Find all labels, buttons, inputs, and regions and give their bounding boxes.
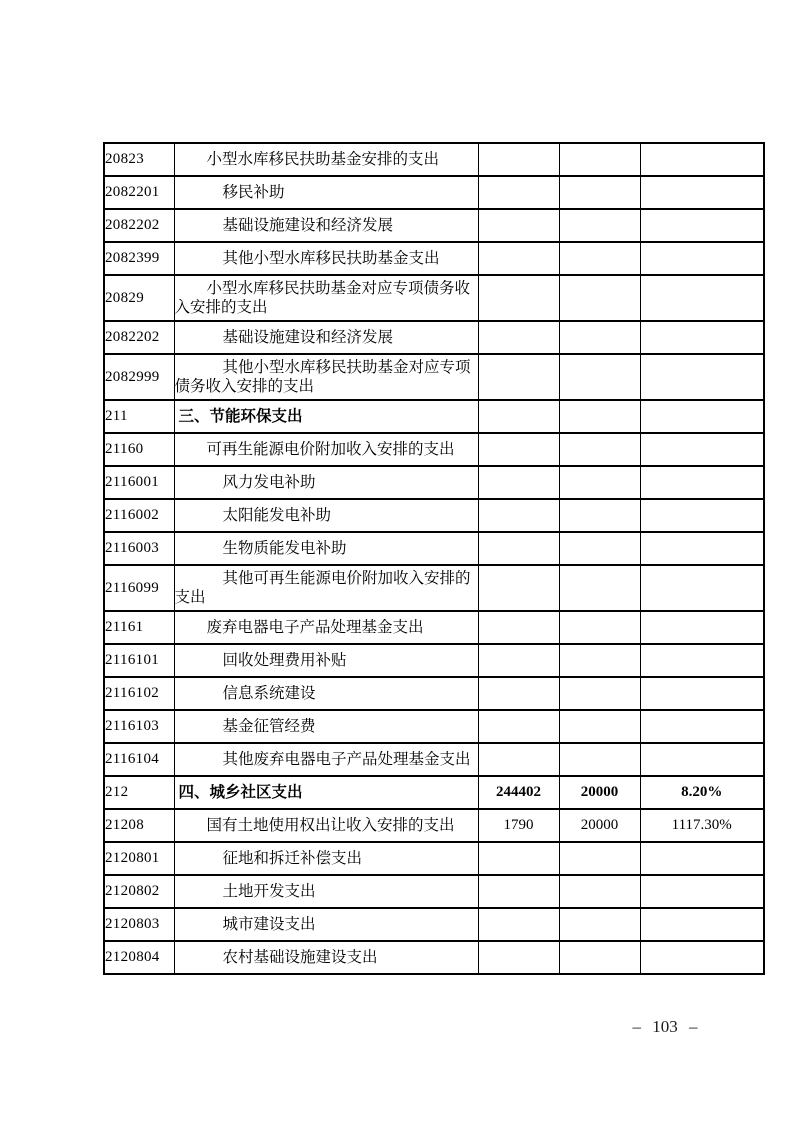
row-value-1 — [478, 466, 559, 499]
row-name: 可再生能源电价附加收入安排的支出 — [174, 433, 478, 466]
row-value-1 — [478, 875, 559, 908]
row-value-2 — [559, 743, 640, 776]
row-value-1 — [478, 532, 559, 565]
row-name: 小型水库移民扶助基金安排的支出 — [174, 143, 478, 176]
row-percent — [640, 677, 764, 710]
row-name: 基金征管经费 — [174, 710, 478, 743]
row-percent — [640, 644, 764, 677]
row-code: 2082999 — [104, 354, 174, 400]
row-value-2 — [559, 908, 640, 941]
row-code: 2116102 — [104, 677, 174, 710]
row-value-1 — [478, 242, 559, 275]
row-value-1 — [478, 143, 559, 176]
table-row: 211 三、节能环保支出 — [104, 400, 764, 433]
budget-table: 20823 小型水库移民扶助基金安排的支出 2082201 移民补助 20822… — [103, 142, 765, 975]
row-name: 其他小型水库移民扶助基金支出 — [174, 242, 478, 275]
row-percent — [640, 743, 764, 776]
row-percent — [640, 611, 764, 644]
row-percent — [640, 532, 764, 565]
row-value-2 — [559, 710, 640, 743]
row-value-1 — [478, 209, 559, 242]
row-value-2 — [559, 941, 640, 974]
row-value-2 — [559, 242, 640, 275]
row-name: 城市建设支出 — [174, 908, 478, 941]
row-percent — [640, 466, 764, 499]
row-percent — [640, 842, 764, 875]
row-code: 20823 — [104, 143, 174, 176]
row-value-2 — [559, 354, 640, 400]
row-value-1 — [478, 354, 559, 400]
row-value-2 — [559, 275, 640, 321]
row-percent: 8.20% — [640, 776, 764, 809]
table-row: 2082202 基础设施建设和经济发展 — [104, 209, 764, 242]
row-value-2: 20000 — [559, 809, 640, 842]
row-value-2 — [559, 611, 640, 644]
row-value-1: 1790 — [478, 809, 559, 842]
row-name: 征地和拆迁补偿支出 — [174, 842, 478, 875]
table-row: 2120802 土地开发支出 — [104, 875, 764, 908]
table-row: 2082999 其他小型水库移民扶助基金对应专项债务收入安排的支出 — [104, 354, 764, 400]
row-value-2: 20000 — [559, 776, 640, 809]
row-name: 回收处理费用补贴 — [174, 644, 478, 677]
table-row: 2116104 其他废弃电器电子产品处理基金支出 — [104, 743, 764, 776]
row-value-2 — [559, 433, 640, 466]
table-row: 2120801 征地和拆迁补偿支出 — [104, 842, 764, 875]
table-row: 2120803 城市建设支出 — [104, 908, 764, 941]
row-value-1 — [478, 644, 559, 677]
row-percent — [640, 400, 764, 433]
row-code: 2082399 — [104, 242, 174, 275]
table-row: 21161 废弃电器电子产品处理基金支出 — [104, 611, 764, 644]
budget-table-body: 20823 小型水库移民扶助基金安排的支出 2082201 移民补助 20822… — [104, 143, 764, 974]
row-code: 212 — [104, 776, 174, 809]
table-row: 2082202 基础设施建设和经济发展 — [104, 321, 764, 354]
row-name: 太阳能发电补助 — [174, 499, 478, 532]
row-percent — [640, 565, 764, 611]
row-value-1: 244402 — [478, 776, 559, 809]
row-percent: 1117.30% — [640, 809, 764, 842]
row-name: 基础设施建设和经济发展 — [174, 209, 478, 242]
row-value-1 — [478, 433, 559, 466]
row-value-2 — [559, 565, 640, 611]
row-percent — [640, 875, 764, 908]
row-code: 2082202 — [104, 209, 174, 242]
row-percent — [640, 209, 764, 242]
row-value-1 — [478, 743, 559, 776]
row-name: 国有土地使用权出让收入安排的支出 — [174, 809, 478, 842]
row-percent — [640, 143, 764, 176]
row-name: 信息系统建设 — [174, 677, 478, 710]
row-code: 2116002 — [104, 499, 174, 532]
row-code: 20829 — [104, 275, 174, 321]
table-row: 2082399 其他小型水库移民扶助基金支出 — [104, 242, 764, 275]
row-code: 2082202 — [104, 321, 174, 354]
row-value-1 — [478, 611, 559, 644]
row-name: 其他小型水库移民扶助基金对应专项债务收入安排的支出 — [174, 354, 478, 400]
table-row: 2082201 移民补助 — [104, 176, 764, 209]
row-code: 2116101 — [104, 644, 174, 677]
row-value-2 — [559, 532, 640, 565]
row-value-1 — [478, 565, 559, 611]
row-value-2 — [559, 143, 640, 176]
page-number: – 103 – — [615, 1017, 715, 1037]
row-name: 移民补助 — [174, 176, 478, 209]
table-row: 2116099 其他可再生能源电价附加收入安排的支出 — [104, 565, 764, 611]
row-value-1 — [478, 176, 559, 209]
row-value-1 — [478, 842, 559, 875]
row-code: 21160 — [104, 433, 174, 466]
row-percent — [640, 275, 764, 321]
row-value-1 — [478, 275, 559, 321]
row-code: 2082201 — [104, 176, 174, 209]
row-value-2 — [559, 176, 640, 209]
row-code: 21161 — [104, 611, 174, 644]
row-value-1 — [478, 677, 559, 710]
row-percent — [640, 354, 764, 400]
row-percent — [640, 242, 764, 275]
row-value-2 — [559, 842, 640, 875]
table-row: 2116103 基金征管经费 — [104, 710, 764, 743]
row-name: 基础设施建设和经济发展 — [174, 321, 478, 354]
row-value-1 — [478, 400, 559, 433]
row-code: 2116099 — [104, 565, 174, 611]
row-name: 小型水库移民扶助基金对应专项债务收入安排的支出 — [174, 275, 478, 321]
row-name: 四、城乡社区支出 — [174, 776, 478, 809]
row-name: 风力发电补助 — [174, 466, 478, 499]
row-percent — [640, 941, 764, 974]
row-percent — [640, 433, 764, 466]
table-row: 212 四、城乡社区支出 244402 20000 8.20% — [104, 776, 764, 809]
row-percent — [640, 908, 764, 941]
row-name: 其他废弃电器电子产品处理基金支出 — [174, 743, 478, 776]
row-name: 其他可再生能源电价附加收入安排的支出 — [174, 565, 478, 611]
row-code: 2116001 — [104, 466, 174, 499]
row-value-2 — [559, 321, 640, 354]
table-row: 21208 国有土地使用权出让收入安排的支出 1790 20000 1117.3… — [104, 809, 764, 842]
row-percent — [640, 499, 764, 532]
row-value-1 — [478, 321, 559, 354]
row-value-2 — [559, 400, 640, 433]
row-code: 2120804 — [104, 941, 174, 974]
table-row: 2116002 太阳能发电补助 — [104, 499, 764, 532]
row-code: 2120803 — [104, 908, 174, 941]
row-percent — [640, 710, 764, 743]
table-row: 2116003 生物质能发电补助 — [104, 532, 764, 565]
table-row: 20829 小型水库移民扶助基金对应专项债务收入安排的支出 — [104, 275, 764, 321]
row-value-2 — [559, 466, 640, 499]
row-percent — [640, 321, 764, 354]
row-name: 废弃电器电子产品处理基金支出 — [174, 611, 478, 644]
row-name: 三、节能环保支出 — [174, 400, 478, 433]
table-row: 20823 小型水库移民扶助基金安排的支出 — [104, 143, 764, 176]
table-row: 2116102 信息系统建设 — [104, 677, 764, 710]
row-value-2 — [559, 677, 640, 710]
row-code: 2120801 — [104, 842, 174, 875]
row-percent — [640, 176, 764, 209]
row-code: 2116104 — [104, 743, 174, 776]
row-value-2 — [559, 499, 640, 532]
row-name: 生物质能发电补助 — [174, 532, 478, 565]
table-row: 21160 可再生能源电价附加收入安排的支出 — [104, 433, 764, 466]
row-name: 土地开发支出 — [174, 875, 478, 908]
row-code: 2116003 — [104, 532, 174, 565]
table-row: 2116001 风力发电补助 — [104, 466, 764, 499]
row-value-1 — [478, 908, 559, 941]
row-value-1 — [478, 941, 559, 974]
row-value-2 — [559, 875, 640, 908]
table-row: 2120804 农村基础设施建设支出 — [104, 941, 764, 974]
row-code: 2116103 — [104, 710, 174, 743]
row-name: 农村基础设施建设支出 — [174, 941, 478, 974]
document-page: { "page": { "number": "– 103 –" }, "tabl… — [0, 0, 793, 1122]
row-value-2 — [559, 209, 640, 242]
row-code: 211 — [104, 400, 174, 433]
row-value-1 — [478, 710, 559, 743]
row-code: 2120802 — [104, 875, 174, 908]
row-code: 21208 — [104, 809, 174, 842]
row-value-1 — [478, 499, 559, 532]
table-row: 2116101 回收处理费用补贴 — [104, 644, 764, 677]
row-value-2 — [559, 644, 640, 677]
